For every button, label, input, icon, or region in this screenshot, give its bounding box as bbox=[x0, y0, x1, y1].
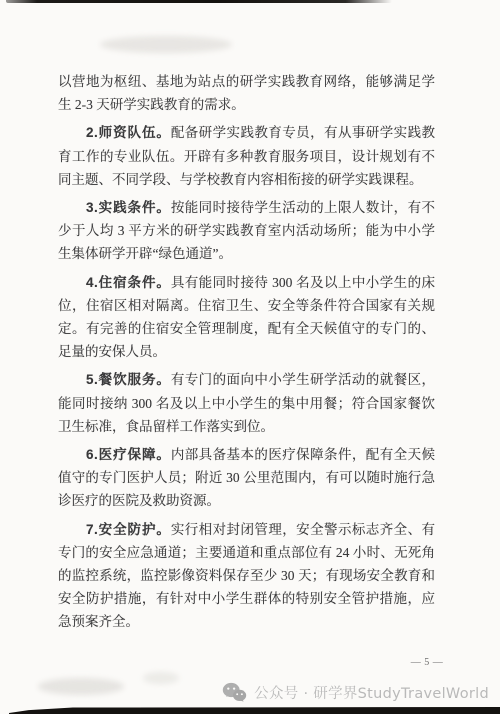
paragraph: 4.住宿条件。具有能同时接待 300 名及以上中小学生的床位，住宿区相对隔离。住… bbox=[58, 271, 435, 364]
text-line: 生集体研学开辟“绿色通道”。 bbox=[58, 242, 435, 265]
body-text: 诊医疗的医院及救助资源。 bbox=[58, 493, 220, 508]
text-line: 以营地为枢纽、基地为站点的研学实践教育网络，能够满足学 bbox=[58, 70, 435, 93]
body-text: 急预案齐全。 bbox=[58, 614, 139, 629]
body-text: 值守的专门医护人员；附近 30 公里范围内，有可以随时施行急 bbox=[58, 470, 435, 485]
text-line: 2.师资队伍。配备研学实践教育专员，有从事研学实践教 bbox=[58, 121, 435, 144]
body-text: 实行相对封闭管理，安全警示标志齐全、有 bbox=[171, 522, 435, 537]
paragraph: 以营地为枢纽、基地为站点的研学实践教育网络，能够满足学生 2-3 天研学实践教育… bbox=[58, 70, 435, 116]
text-line: 值守的专门医护人员；附近 30 公里范围内，有可以随时施行急 bbox=[58, 466, 435, 489]
section-heading: 6.医疗保障。 bbox=[86, 447, 171, 462]
body-text: 内部具备基本的医疗保障条件，配有全天候 bbox=[171, 447, 435, 462]
text-line: 少于人均 3 平方米的研学实践教育室内活动场所；能为中小学 bbox=[58, 219, 435, 242]
text-line: 生 2-3 天研学实践教育的需求。 bbox=[58, 93, 435, 116]
scan-edge-bottom bbox=[9, 707, 500, 714]
text-line: 急预案齐全。 bbox=[58, 610, 435, 633]
document-text: 以营地为枢纽、基地为站点的研学实践教育网络，能够满足学生 2-3 天研学实践教育… bbox=[58, 70, 435, 634]
body-text: 的监控系统，监控影像资料保存至少 30 天；有现场安全教育和 bbox=[58, 568, 435, 583]
body-text: 少于人均 3 平方米的研学实践教育室内活动场所；能为中小学 bbox=[58, 223, 435, 238]
body-text: 配备研学实践教育专员，有从事研学实践教 bbox=[171, 125, 435, 140]
body-text: 生集体研学开辟“绿色通道”。 bbox=[58, 246, 232, 261]
paragraph: 7.安全防护。实行相对封闭管理，安全警示标志齐全、有专门的安全应急通道；主要通道… bbox=[58, 518, 435, 634]
document-page: 以营地为枢纽、基地为站点的研学实践教育网络，能够满足学生 2-3 天研学实践教育… bbox=[0, 0, 500, 714]
text-line: 诊医疗的医院及救助资源。 bbox=[58, 489, 435, 512]
scan-smudge bbox=[143, 672, 179, 684]
section-heading: 2.师资队伍。 bbox=[86, 125, 171, 140]
text-line: 4.住宿条件。具有能同时接待 300 名及以上中小学生的床 bbox=[58, 271, 435, 294]
paragraph: 6.医疗保障。内部具备基本的医疗保障条件，配有全天候值守的专门医护人员；附近 3… bbox=[58, 443, 435, 513]
body-text: 具有能同时接待 300 名及以上中小学生的床 bbox=[171, 275, 435, 290]
text-line: 安全防护措施，有针对中小学生群体的特别安全管护措施，应 bbox=[58, 587, 435, 610]
scan-edge-top bbox=[6, 0, 392, 3]
watermark: 公众号 · 研学界StudyTravelWorld bbox=[222, 680, 489, 704]
text-line: 育工作的专业队伍。开辟有多种教育服务项目，设计规划有不 bbox=[58, 145, 435, 168]
text-line: 5.餐饮服务。有专门的面向中小学生研学活动的就餐区， bbox=[58, 368, 435, 391]
watermark-text: 公众号 · 研学界StudyTravelWorld bbox=[254, 682, 489, 703]
body-text: 定。有完善的住宿安全管理制度，配有全天候值守的专门的、 bbox=[58, 321, 435, 336]
text-line: 的监控系统，监控影像资料保存至少 30 天；有现场安全教育和 bbox=[58, 564, 435, 587]
text-line: 能同时接纳 300 名及以上中小学生的集中用餐；符合国家餐饮 bbox=[58, 392, 435, 415]
body-text: 安全防护措施，有针对中小学生群体的特别安全管护措施，应 bbox=[58, 591, 435, 606]
text-line: 3.实践条件。按能同时接待学生活动的上限人数计，有不 bbox=[58, 196, 435, 219]
body-text: 专门的安全应急通道；主要通道和重点部位有 24 小时、无死角 bbox=[58, 545, 435, 560]
body-text: 能同时接纳 300 名及以上中小学生的集中用餐；符合国家餐饮 bbox=[58, 396, 435, 411]
paragraph: 2.师资队伍。配备研学实践教育专员，有从事研学实践教育工作的专业队伍。开辟有多种… bbox=[58, 121, 435, 191]
section-heading: 5.餐饮服务。 bbox=[86, 372, 171, 387]
text-line: 卫生标准，食品留样工作落实到位。 bbox=[58, 415, 435, 438]
body-text: 位，住宿区相对隔离。住宿卫生、安全等条件符合国家有关规 bbox=[58, 298, 435, 313]
text-line: 同主题、不同学段、与学校教育内容相衔接的研学实践课程。 bbox=[58, 168, 435, 191]
body-text: 生 2-3 天研学实践教育的需求。 bbox=[58, 97, 245, 112]
scan-smudge bbox=[100, 36, 232, 53]
text-line: 定。有完善的住宿安全管理制度，配有全天候值守的专门的、 bbox=[58, 317, 435, 340]
page-number: — 5 — bbox=[404, 657, 450, 668]
paragraph: 3.实践条件。按能同时接待学生活动的上限人数计，有不少于人均 3 平方米的研学实… bbox=[58, 196, 435, 266]
section-heading: 7.安全防护。 bbox=[86, 522, 171, 537]
body-text: 卫生标准，食品留样工作落实到位。 bbox=[58, 419, 274, 434]
text-line: 足量的安保人员。 bbox=[58, 340, 435, 363]
text-line: 专门的安全应急通道；主要通道和重点部位有 24 小时、无死角 bbox=[58, 541, 435, 564]
body-text: 同主题、不同学段、与学校教育内容相衔接的研学实践课程。 bbox=[58, 172, 423, 187]
body-text: 按能同时接待学生活动的上限人数计，有不 bbox=[171, 200, 435, 215]
body-text: 有专门的面向中小学生研学活动的就餐区， bbox=[171, 372, 435, 387]
text-line: 6.医疗保障。内部具备基本的医疗保障条件，配有全天候 bbox=[58, 443, 435, 466]
body-text: 育工作的专业队伍。开辟有多种教育服务项目，设计规划有不 bbox=[58, 149, 435, 164]
section-heading: 3.实践条件。 bbox=[86, 200, 171, 215]
wechat-icon bbox=[222, 682, 247, 703]
body-text: 以营地为枢纽、基地为站点的研学实践教育网络，能够满足学 bbox=[58, 74, 435, 89]
section-heading: 4.住宿条件。 bbox=[86, 275, 171, 290]
scan-smudge bbox=[38, 678, 124, 695]
body-text: 足量的安保人员。 bbox=[58, 344, 166, 359]
paragraph: 5.餐饮服务。有专门的面向中小学生研学活动的就餐区，能同时接纳 300 名及以上… bbox=[58, 368, 435, 438]
text-line: 7.安全防护。实行相对封闭管理，安全警示标志齐全、有 bbox=[58, 518, 435, 541]
text-line: 位，住宿区相对隔离。住宿卫生、安全等条件符合国家有关规 bbox=[58, 294, 435, 317]
